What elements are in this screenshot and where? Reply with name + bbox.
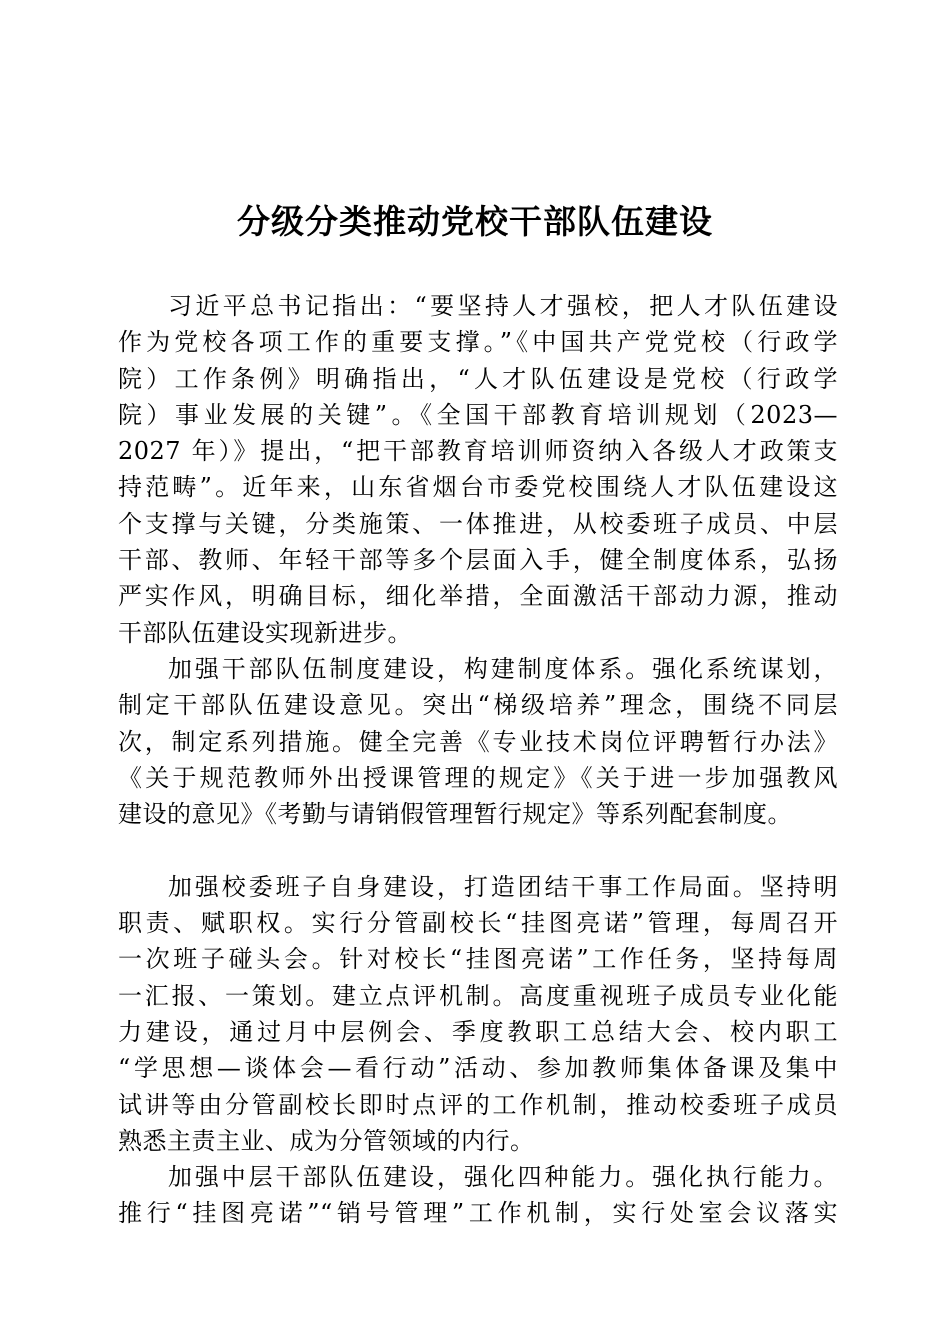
text-line: 一汇报、一策划。建立点评机制。高度重视班子成员专业化能	[118, 978, 838, 1014]
text-line: 力建设，通过月中层例会、季度教职工总结大会、校内职工	[118, 1014, 838, 1050]
text-line: 次，制定系列措施。健全完善《专业技术岗位评聘暂行办法》	[118, 724, 838, 760]
text-line: 习近平总书记指出：“要坚持人才强校，把人才队伍建设	[118, 288, 838, 324]
text-line: 职责、赋职权。实行分管副校长“挂图亮诺”管理，每周召开	[118, 905, 838, 941]
text-line: 加强干部队伍制度建设，构建制度体系。强化系统谋划，	[118, 651, 838, 687]
text-line: 2027 年）》提出，“把干部教育培训师资纳入各级人才政策支	[118, 433, 838, 469]
text-line: 建设的意见》《考勤与请销假管理暂行规定》等系列配套制度。	[118, 796, 838, 832]
paragraph-system-building: 加强干部队伍制度建设，构建制度体系。强化系统谋划， 制定干部队伍建设意见。突出“…	[118, 651, 838, 832]
text-line: 院）工作条例》明确指出，“人才队伍建设是党校（行政学	[118, 361, 838, 397]
text-line: 持范畴”。近年来，山东省烟台市委党校围绕人才队伍建设这	[118, 469, 838, 505]
text-line: 个支撑与关键，分类施策、一体推进，从校委班子成员、中层	[118, 506, 838, 542]
blank-line	[118, 832, 838, 868]
text-line: “学思想—谈体会—看行动”活动、参加教师集体备课及集中	[118, 1050, 838, 1086]
paragraph-intro: 习近平总书记指出：“要坚持人才强校，把人才队伍建设 作为党校各项工作的重要支撑。…	[118, 288, 838, 651]
document-title: 分级分类推动党校干部队伍建设	[0, 196, 950, 243]
text-line: 《关于规范教师外出授课管理的规定》《关于进一步加强教风	[118, 760, 838, 796]
paragraph-leadership-team: 加强校委班子自身建设，打造团结干事工作局面。坚持明 职责、赋职权。实行分管副校长…	[118, 869, 838, 1159]
text-line: 试讲等由分管副校长即时点评的工作机制，推动校委班子成员	[118, 1087, 838, 1123]
document-page: 分级分类推动党校干部队伍建设 习近平总书记指出：“要坚持人才强校，把人才队伍建设…	[0, 0, 950, 1344]
text-line: 熟悉主责主业、成为分管领域的内行。	[118, 1123, 838, 1159]
text-line: 推行“挂图亮诺”“销号管理”工作机制，实行处室会议落实	[118, 1195, 838, 1231]
text-line: 干部、教师、年轻干部等多个层面入手，健全制度体系，弘扬	[118, 542, 838, 578]
document-body: 习近平总书记指出：“要坚持人才强校，把人才队伍建设 作为党校各项工作的重要支撑。…	[118, 288, 838, 1232]
paragraph-middle-cadres: 加强中层干部队伍建设，强化四种能力。强化执行能力。 推行“挂图亮诺”“销号管理”…	[118, 1159, 838, 1232]
text-line: 作为党校各项工作的重要支撑。”《中国共产党党校（行政学	[118, 324, 838, 360]
text-line: 干部队伍建设实现新进步。	[118, 615, 838, 651]
text-line: 一次班子碰头会。针对校长“挂图亮诺”工作任务，坚持每周	[118, 941, 838, 977]
text-line: 严实作风，明确目标，细化举措，全面激活干部动力源，推动	[118, 578, 838, 614]
text-line: 加强校委班子自身建设，打造团结干事工作局面。坚持明	[118, 869, 838, 905]
text-line: 院）事业发展的关键”。《全国干部教育培训规划（2023—	[118, 397, 838, 433]
text-line: 制定干部队伍建设意见。突出“梯级培养”理念，围绕不同层	[118, 687, 838, 723]
text-line: 加强中层干部队伍建设，强化四种能力。强化执行能力。	[118, 1159, 838, 1195]
